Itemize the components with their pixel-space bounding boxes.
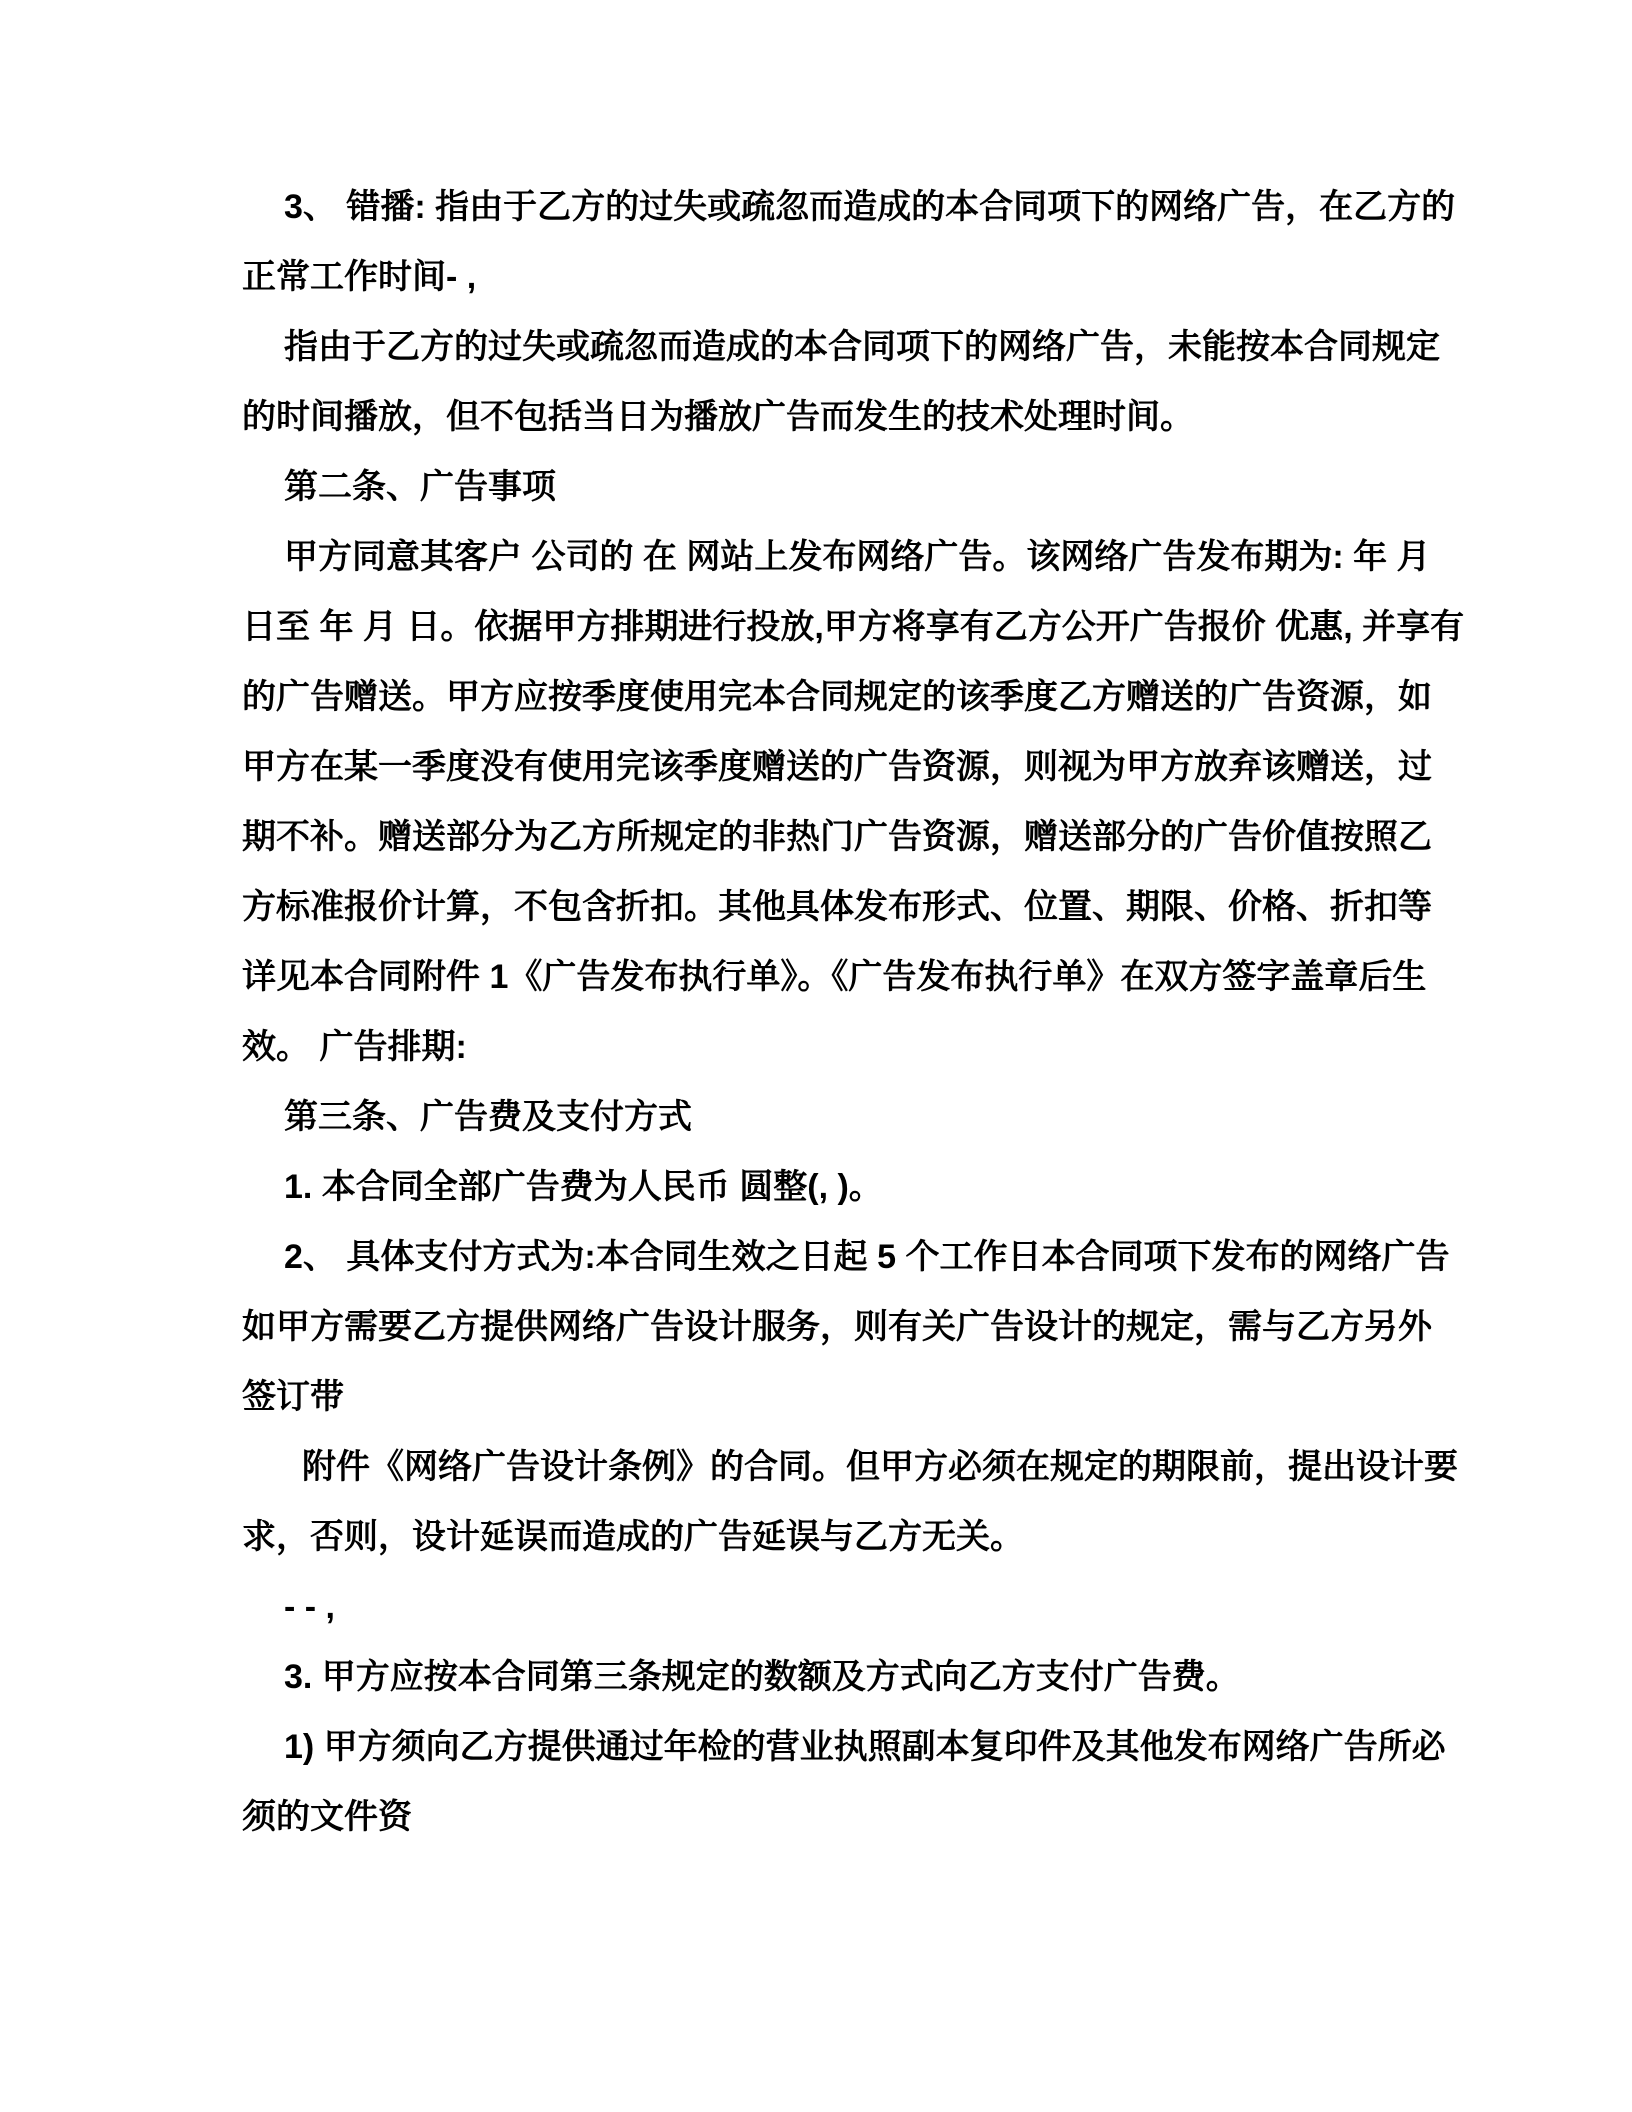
document-text-block: 3、 错播: 指由于乙方的过失或疏忽而造成的本合同项下的网络广告，在乙方的 正常… — [242, 172, 1407, 1852]
text-line: 的广告赠送。甲方应按季度使用完本合同规定的该季度乙方赠送的广告资源，如 — [242, 662, 1407, 732]
text-line: 甲方在某一季度没有使用完该季度赠送的广告资源，则视为甲方放弃该赠送，过 — [242, 732, 1407, 802]
text-line: - - , — [242, 1572, 1407, 1642]
text-line: 3. 甲方应按本合同第三条规定的数额及方式向乙方支付广告费。 — [242, 1642, 1407, 1712]
text-line: 1) 甲方须向乙方提供通过年检的营业执照副本复印件及其他发布网络广告所必 — [242, 1712, 1407, 1782]
text-line: 详见本合同附件 1《广告发布执行单》。《广告发布执行单》在双方签字盖章后生 — [242, 942, 1407, 1012]
text-line: 指由于乙方的过失或疏忽而造成的本合同项下的网络广告，未能按本合同规定 — [242, 312, 1407, 382]
text-line: 效。 广告排期: — [242, 1012, 1407, 1082]
text-line: 期不补。赠送部分为乙方所规定的非热门广告资源，赠送部分的广告价值按照乙 — [242, 802, 1407, 872]
document-page: 3、 错播: 指由于乙方的过失或疏忽而造成的本合同项下的网络广告，在乙方的 正常… — [0, 0, 1632, 2112]
text-line: 方标准报价计算，不包含折扣。其他具体发布形式、位置、期限、价格、折扣等 — [242, 872, 1407, 942]
text-line: 如甲方需要乙方提供网络广告设计服务，则有关广告设计的规定，需与乙方另外 — [242, 1292, 1407, 1362]
text-line: 日至 年 月 日。依据甲方排期进行投放,甲方将享有乙方公开广告报价 优惠, 并享… — [242, 592, 1407, 662]
text-line: 附件《网络广告设计条例》的合同。但甲方必须在规定的期限前，提出设计要 — [242, 1432, 1407, 1502]
text-line: 第二条、广告事项 — [242, 452, 1407, 522]
text-line: 须的文件资 — [242, 1782, 1407, 1852]
text-line: 签订带 — [242, 1362, 1407, 1432]
text-line: 3、 错播: 指由于乙方的过失或疏忽而造成的本合同项下的网络广告，在乙方的 — [242, 172, 1407, 242]
text-line: 甲方同意其客户 公司的 在 网站上发布网络广告。该网络广告发布期为: 年 月 — [242, 522, 1407, 592]
text-line: 2、 具体支付方式为:本合同生效之日起 5 个工作日本合同项下发布的网络广告 — [242, 1222, 1407, 1292]
text-line: 的时间播放，但不包括当日为播放广告而发生的技术处理时间。 — [242, 382, 1407, 452]
text-line: 1. 本合同全部广告费为人民币 圆整(, )。 — [242, 1152, 1407, 1222]
text-line: 第三条、广告费及支付方式 — [242, 1082, 1407, 1152]
text-line: 求，否则，设计延误而造成的广告延误与乙方无关。 — [242, 1502, 1407, 1572]
text-line: 正常工作时间- , — [242, 242, 1407, 312]
